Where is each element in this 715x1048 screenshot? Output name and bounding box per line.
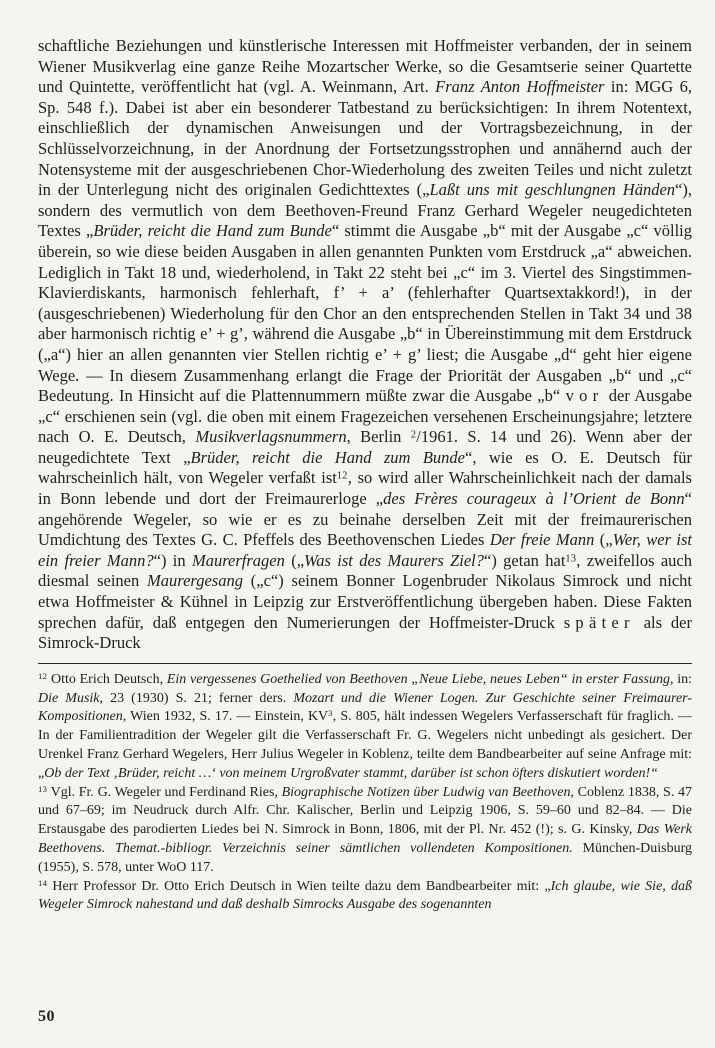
superscript-reference: 14 (38, 878, 47, 888)
text-run: Franz Anton Hoffmeister (435, 77, 604, 96)
text-run: , 23 (1930) S. 21; ferner ders. (100, 691, 294, 706)
text-run: “) getan hat (484, 551, 565, 570)
text-run: Ob der Text ‚Brüder, reicht …‘ von meine… (44, 766, 658, 781)
text-run: („ (285, 551, 304, 570)
scanned-book-page: schaftliche Beziehungen und künstlerisch… (0, 0, 715, 1048)
text-run: Ein vergessenes Goethelied von Beethoven… (167, 672, 670, 687)
text-run: , Wien 1932, S. 17. — Einstein, KV (123, 709, 328, 724)
text-run: vor (566, 386, 604, 405)
text-run: Laßt uns mit geschlungnen Händen (429, 180, 675, 199)
text-run: des Frères courageux à l’Orient de Bonn (383, 489, 685, 508)
text-run: , in: (670, 672, 692, 687)
text-run: “ stimmt die Ausgabe „b“ mit der Ausgabe… (38, 221, 692, 405)
text-run: Maurerfragen (192, 551, 285, 570)
page-number: 50 (38, 1008, 55, 1026)
text-run: Herr Professor Dr. Otto Erich Deutsch in… (47, 879, 550, 894)
footnote-13: 13 Vgl. Fr. G. Wegeler und Ferdinand Rie… (38, 784, 692, 878)
text-run: Brüder, reicht die Hand zum Bunde (191, 448, 465, 467)
text-run: Musikverlagsnummern (195, 427, 346, 446)
superscript-reference: 13 (565, 553, 576, 564)
footnote-14: 14 Herr Professor Dr. Otto Erich Deutsch… (38, 878, 692, 916)
superscript-reference: 12 (38, 671, 47, 681)
text-run: “) in (154, 551, 192, 570)
text-run: Vgl. Fr. G. Wegeler und Ferdinand Ries, (47, 785, 281, 800)
superscript-reference: 12 (337, 471, 348, 482)
footnote-separator-rule (38, 663, 692, 664)
text-run: Was ist des Maurers Ziel? (304, 551, 484, 570)
text-run: Der freie Mann (490, 530, 595, 549)
text-run: Brüder, reicht die Hand zum Bunde (93, 221, 331, 240)
footnote-12: 12 Otto Erich Deutsch, Ein vergessenes G… (38, 671, 692, 784)
text-run: Otto Erich Deutsch, (47, 672, 167, 687)
main-text-paragraph: schaftliche Beziehungen und künstlerisch… (38, 36, 692, 654)
text-run: Maurergesang (147, 571, 243, 590)
text-run: Biographische Notizen über Ludwig van Be… (282, 785, 571, 800)
text-run: , Berlin (347, 427, 411, 446)
text-run: später (564, 613, 635, 632)
footnotes-section: 12 Otto Erich Deutsch, Ein vergessenes G… (38, 671, 692, 915)
text-run: („ (594, 530, 612, 549)
text-run: Die Musik (38, 691, 100, 706)
superscript-reference: 13 (38, 784, 47, 794)
